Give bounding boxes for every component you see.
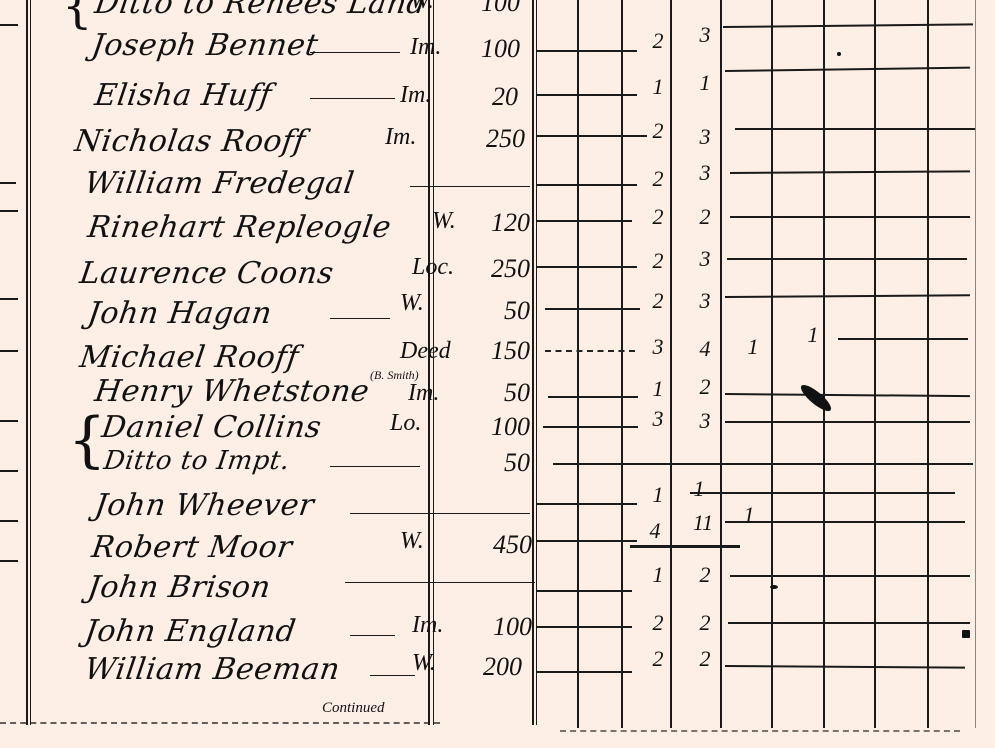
entry-acres: 100: [450, 34, 520, 64]
grid-vline: [621, 0, 623, 728]
bottom-edge: [560, 730, 960, 733]
entry-col1: 3: [645, 406, 671, 432]
leader-line: [345, 582, 535, 583]
grid-hline: [537, 94, 637, 96]
entry-name: John Brison: [86, 570, 273, 605]
margin-stub: [0, 210, 18, 212]
ink-blot: [962, 630, 970, 638]
entry-acres: 100: [460, 412, 530, 442]
continued-note: Continued: [322, 700, 385, 717]
entry-col1: 2: [645, 118, 671, 144]
entry-tenure: Im.: [400, 82, 431, 109]
entry-col3: 1: [740, 334, 766, 360]
grid-hline: [728, 622, 970, 624]
entry-tenure: Im.: [412, 612, 443, 639]
entry-col2: 3: [692, 288, 718, 314]
entry-acres: 50: [460, 296, 530, 326]
entry-acres: 120: [460, 208, 530, 238]
entry-col1: 2: [645, 248, 671, 274]
entry-col2: 3: [692, 160, 718, 186]
entry-name: Ditto to Impt.: [102, 446, 292, 476]
grid-hline: [838, 338, 968, 340]
margin-stub: [0, 350, 18, 352]
leader-line: [370, 675, 415, 676]
entry-acres: 150: [460, 336, 530, 366]
bottom-edge: [0, 722, 440, 725]
total-underline: [630, 545, 740, 548]
margin-stub: [0, 470, 18, 472]
entry-col4: 1: [800, 322, 826, 348]
grid-hline: [727, 258, 967, 260]
entry-col2: 3: [692, 246, 718, 272]
entry-acres: 50: [460, 378, 530, 408]
entry-acres: 250: [455, 124, 525, 154]
entry-col2: 2: [692, 646, 718, 672]
grid-vline: [720, 0, 722, 728]
grid-hline: [537, 266, 637, 268]
entry-acres: 100: [462, 612, 532, 642]
grid-hline: [725, 421, 970, 423]
entry-name: Nicholas Rooff: [73, 124, 308, 159]
margin-stub: [0, 182, 16, 184]
entry-col2: 3: [692, 22, 718, 48]
leader-line: [330, 318, 390, 319]
entry-name: John England: [83, 614, 299, 649]
ink-speck: [770, 585, 778, 589]
entry-name: John Wheever: [93, 488, 317, 523]
acres-column-rule-right-inner: [536, 0, 537, 725]
grid-hline: [690, 492, 955, 494]
entry-col2: 1: [686, 476, 712, 502]
grid-hline: [543, 426, 638, 428]
margin-stub: [0, 560, 18, 562]
entry-name: Joseph Bennet: [90, 28, 321, 63]
leader-line: [310, 98, 395, 99]
bracket-icon: {: [62, 0, 93, 34]
entry-col1: 2: [645, 28, 671, 54]
entry-col1: 1: [645, 376, 671, 402]
grid-vline: [823, 0, 825, 728]
grid-hline: [537, 184, 637, 186]
grid-hline: [537, 50, 637, 52]
entry-col2: 1: [692, 70, 718, 96]
entry-col1: 3: [645, 334, 671, 360]
grid-hline-dotted: [545, 350, 635, 353]
entry-col1: 1: [645, 562, 671, 588]
grid-hline: [545, 308, 640, 310]
entry-tenure: W.: [400, 528, 424, 555]
entry-tenure: Lo.: [390, 410, 421, 437]
entry-col1: 1: [645, 482, 671, 508]
grid-hline: [537, 540, 637, 542]
grid-hline: [730, 216, 970, 218]
entry-col1: 2: [645, 646, 671, 672]
entry-tenure: W.: [400, 290, 424, 317]
grid-vline: [771, 0, 773, 728]
entry-col1: 2: [645, 288, 671, 314]
entry-acres: 20: [448, 82, 518, 112]
grid-vline: [874, 0, 876, 728]
ink-blot: [798, 381, 835, 415]
leader-line: [410, 186, 530, 187]
entry-name: William Fredegal: [83, 166, 357, 201]
grid-hline: [548, 396, 638, 398]
grid-hline: [553, 463, 973, 465]
grid-hline: [537, 503, 637, 505]
grid-hline: [537, 135, 647, 137]
margin-stub: [0, 298, 18, 300]
entry-col2: 2: [692, 374, 718, 400]
entry-name: Michael Rooff: [78, 340, 302, 375]
grid-hline: [725, 393, 970, 397]
margin-stub: [0, 420, 18, 422]
entry-tenure: Im.: [408, 380, 439, 407]
grid-hline: [735, 128, 975, 130]
entry-tenure: W.: [432, 208, 456, 235]
entry-acres: 200: [452, 652, 522, 682]
entry-col2: 11: [686, 510, 720, 536]
grid-vline: [577, 0, 579, 728]
entry-tenure: Deed: [400, 338, 451, 365]
ink-speck: [837, 52, 841, 56]
grid-hline: [723, 23, 973, 28]
left-margin-rule-inner: [30, 0, 31, 725]
entry-tenure: W.: [410, 0, 434, 15]
entry-col2: 3: [692, 124, 718, 150]
grid-vline: [927, 0, 929, 728]
entry-tenure: W.: [412, 650, 436, 677]
grid-hline: [725, 294, 970, 298]
grid-vline-edge: [975, 0, 976, 728]
entry-col2: 4: [692, 336, 718, 362]
grid-hline: [537, 671, 632, 673]
grid-hline: [725, 665, 965, 669]
entry-acres: 100: [450, 0, 520, 18]
entry-col1: 2: [645, 610, 671, 636]
grid-hline: [537, 626, 632, 628]
entry-tenure: Loc.: [412, 254, 454, 281]
entry-col3: 1: [736, 502, 762, 528]
entry-col2: 2: [692, 204, 718, 230]
entry-name: Rinehart Repleogle: [86, 210, 394, 245]
grid-hline: [537, 220, 632, 222]
grid-hline: [730, 170, 970, 174]
entry-tenure: Im.: [410, 34, 441, 61]
entry-col2: 3: [692, 408, 718, 434]
grid-hline: [730, 575, 970, 577]
leader-line: [330, 466, 420, 467]
leader-line: [350, 635, 395, 636]
entry-col1: 2: [645, 204, 671, 230]
entry-col1: 2: [645, 166, 671, 192]
entry-name: Henry Whetstone: [93, 374, 372, 409]
acres-column-rule-right: [532, 0, 534, 725]
grid-hline: [725, 67, 970, 72]
entry-col2: 2: [692, 610, 718, 636]
left-margin-rule: [26, 0, 28, 725]
margin-stub: [0, 520, 18, 522]
ledger-page: { { Ditto to Renées Land W. 100 Joseph B…: [0, 0, 995, 748]
entry-name: Laurence Coons: [78, 256, 336, 291]
entry-name: Elisha Huff: [93, 78, 274, 113]
entry-acres: 250: [460, 254, 530, 284]
entry-acres: 450: [462, 530, 532, 560]
entry-name: John Hagan: [86, 296, 275, 331]
entry-acres: 50: [460, 448, 530, 478]
entry-col1: 1: [645, 74, 671, 100]
grid-hline: [537, 590, 632, 592]
entry-name: Daniel Collins: [100, 410, 324, 445]
leader-line: [310, 52, 400, 53]
margin-stub: [0, 24, 18, 26]
leader-line: [350, 513, 530, 514]
entry-name: Ditto to Renées Land: [93, 0, 429, 21]
entry-name: Robert Moor: [90, 530, 295, 565]
entry-col2: 2: [692, 562, 718, 588]
entry-col1: 4: [642, 518, 668, 544]
entry-tenure: Im.: [385, 124, 416, 151]
entry-name: William Beeman: [83, 652, 343, 687]
